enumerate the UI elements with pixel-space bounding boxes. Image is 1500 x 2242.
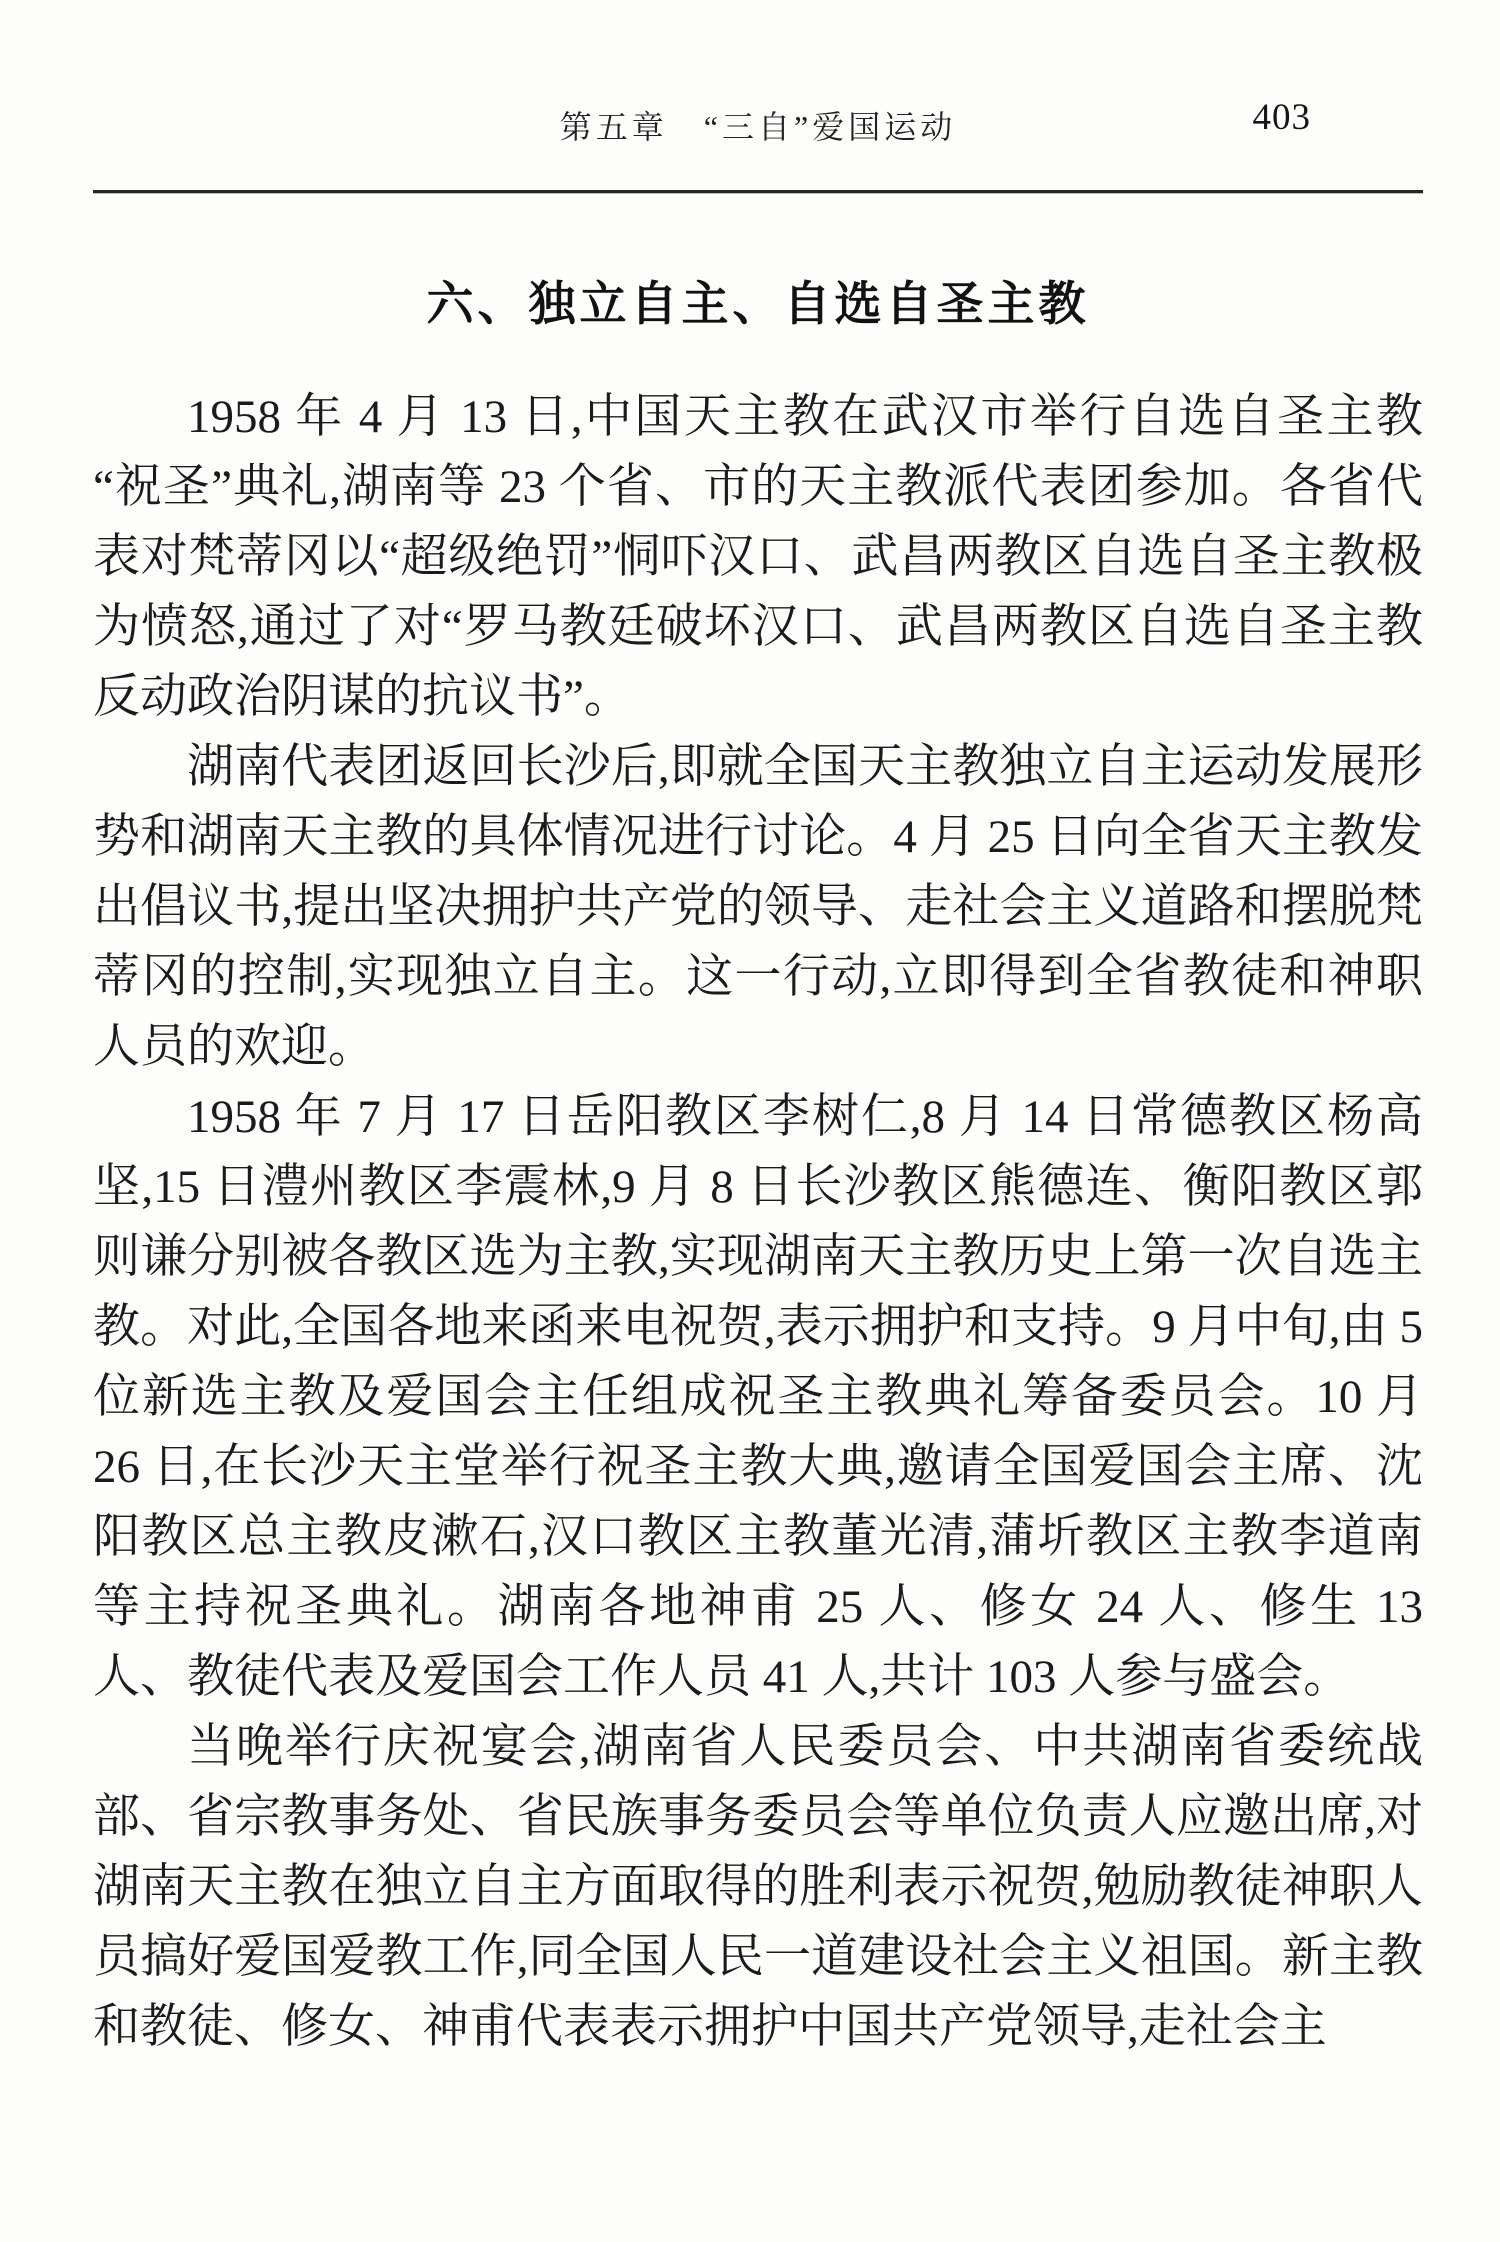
paragraph: 当晚举行庆祝宴会,湖南省人民委员会、中共湖南省委统战部、省宗教事务处、省民族事务…	[93, 1712, 1423, 2062]
running-head: 第五章 “三自”爱国运动 403	[93, 102, 1423, 150]
paragraph: 1958 年 7 月 17 日岳阳教区李树仁,8 月 14 日常德教区杨高坚,1…	[93, 1082, 1423, 1712]
paragraph: 湖南代表团返回长沙后,即就全国天主教独立自主运动发展形势和湖南天主教的具体情况进…	[93, 732, 1423, 1082]
page-number: 403	[1253, 96, 1312, 139]
book-page: 第五章 “三自”爱国运动 403 六、独立自主、自选自圣主教 1958 年 4 …	[0, 0, 1500, 2242]
header-rule	[93, 190, 1423, 193]
running-head-chapter-title: 第五章 “三自”爱国运动	[560, 102, 956, 148]
paragraph: 1958 年 4 月 13 日,中国天主教在武汉市举行自选自圣主教“祝圣”典礼,…	[93, 382, 1423, 732]
section-title: 六、独立自主、自选自圣主教	[93, 267, 1423, 334]
body-text: 1958 年 4 月 13 日,中国天主教在武汉市举行自选自圣主教“祝圣”典礼,…	[93, 382, 1423, 2062]
